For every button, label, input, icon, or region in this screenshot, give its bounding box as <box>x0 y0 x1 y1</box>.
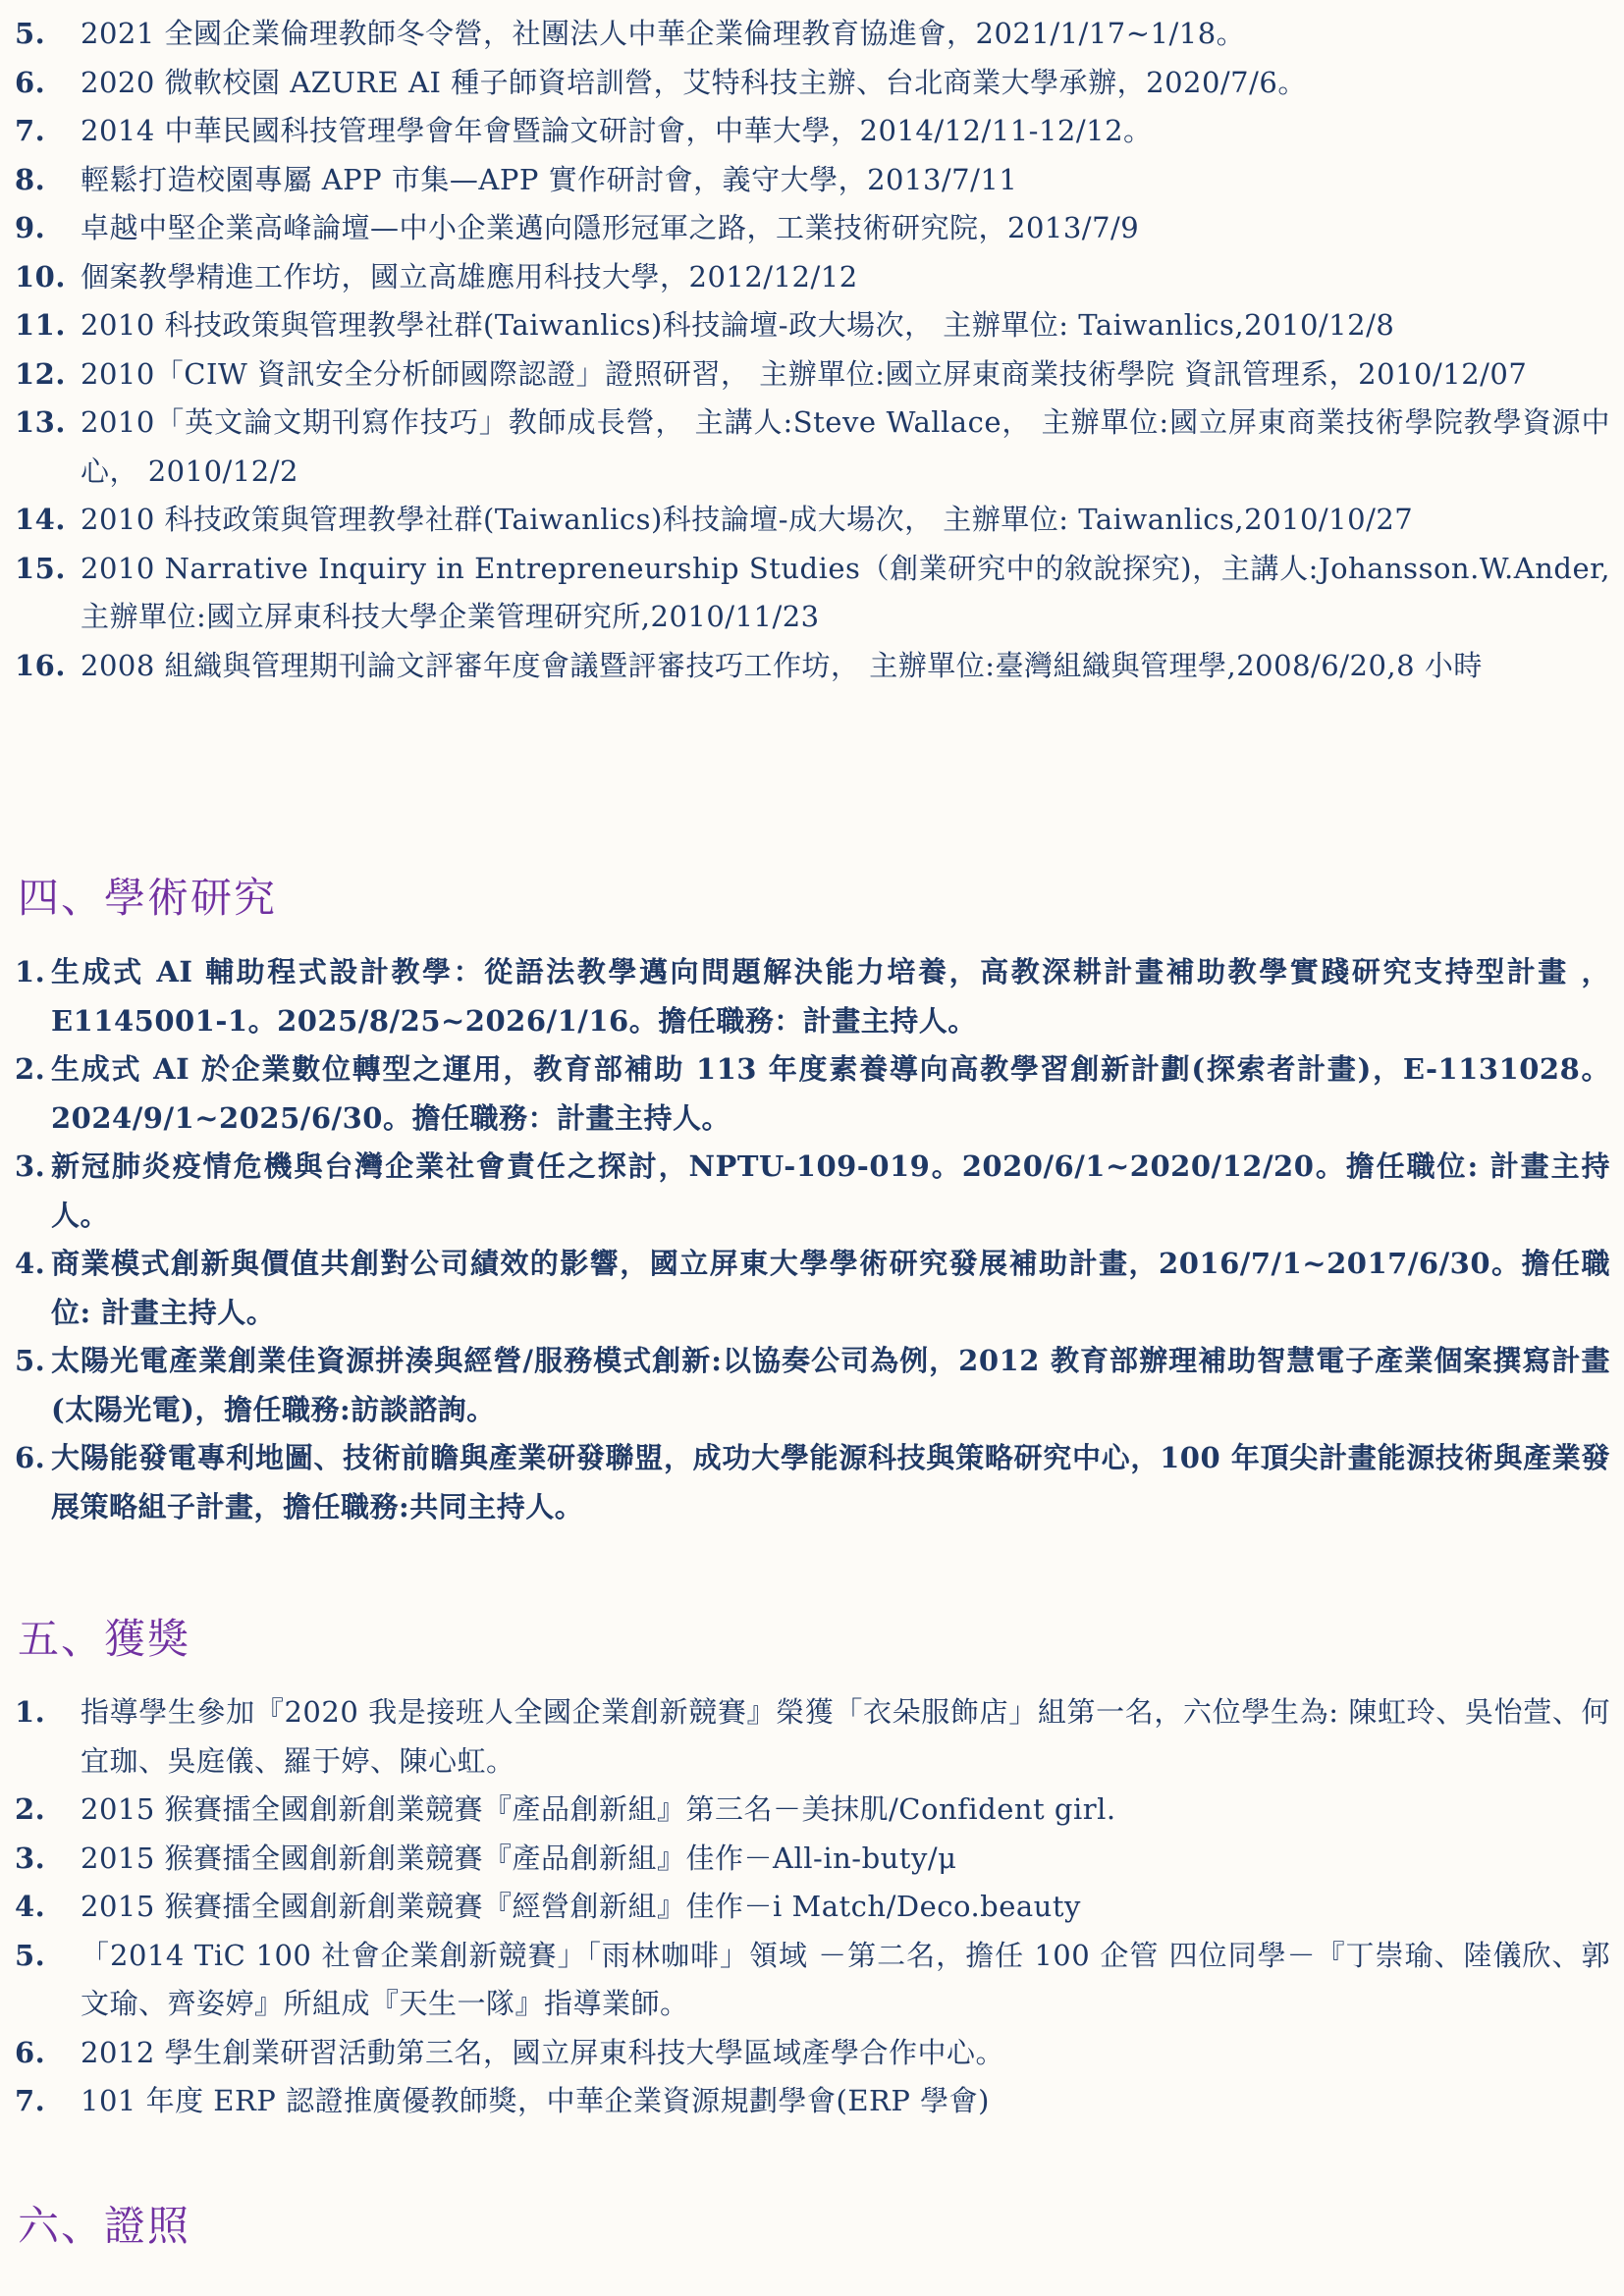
item-text: 2010 科技政策與管理教學社群(Taiwanlics)科技論壇-政大場次， 主… <box>81 301 1610 350</box>
list-item: 5. 2021 全國企業倫理教師冬令營，社團法人中華企業倫理教育協進會，2021… <box>0 10 1610 59</box>
item-number: 14. <box>15 496 66 545</box>
list-item: 1. 生成式 AI 輔助程式設計教學：從語法教學邁向問題解決能力培養，高教深耕計… <box>0 948 1610 1045</box>
list-item: 10. 個案教學精進工作坊，國立高雄應用科技大學，2012/12/12 <box>0 253 1610 302</box>
list-item: 5. 太陽光電產業創業佳資源拼湊與經營/服務模式創新:以協奏公司為例，2012 … <box>0 1337 1610 1434</box>
list-item: 16. 2008 組織與管理期刊論文評審年度會議暨評審技巧工作坊， 主辦單位:臺… <box>0 642 1610 691</box>
list-item: 6. 大陽能發電專利地圖、技術前瞻與產業研發聯盟，成功大學能源科技與策略研究中心… <box>0 1434 1610 1531</box>
item-text: 太陽光電產業創業佳資源拼湊與經營/服務模式創新:以協奏公司為例，2012 教育部… <box>51 1337 1610 1434</box>
item-number: 3. <box>15 1143 45 1192</box>
research-list: 1. 生成式 AI 輔助程式設計教學：從語法教學邁向問題解決能力培養，高教深耕計… <box>0 948 1610 1531</box>
list-item: 7. 2014 中華民國科技管理學會年會暨論文研討會，中華大學，2014/12/… <box>0 107 1610 156</box>
section-heading-research: 四、學術研究 <box>18 869 277 928</box>
item-text: 商業模式創新與價值共創對公司績效的影響，國立屏東大學學術研究發展補助計畫，201… <box>51 1240 1610 1337</box>
item-number: 2. <box>15 1786 45 1835</box>
item-text: 指導學生參加『2020 我是接班人全國企業創新競賽』榮獲「衣朵服飾店」組第一名，… <box>81 1688 1610 1786</box>
item-text: 2010 Narrative Inquiry in Entrepreneursh… <box>81 545 1610 642</box>
training-list: 5. 2021 全國企業倫理教師冬令營，社團法人中華企業倫理教育協進會，2021… <box>0 10 1610 690</box>
item-text: 2010 科技政策與管理教學社群(Taiwanlics)科技論壇-成大場次， 主… <box>81 496 1610 545</box>
item-number: 5. <box>15 1932 45 1981</box>
item-text: 個案教學精進工作坊，國立高雄應用科技大學，2012/12/12 <box>81 253 1610 302</box>
section-heading-awards: 五、獲獎 <box>18 1610 190 1669</box>
list-item: 4. 2015 猴賽擂全國創新創業競賽『經營創新組』佳作－i Match/Dec… <box>0 1883 1610 1932</box>
item-number: 2. <box>15 1045 45 1095</box>
item-text: 2014 中華民國科技管理學會年會暨論文研討會，中華大學，2014/12/11-… <box>81 107 1610 156</box>
item-number: 4. <box>15 1883 45 1932</box>
list-item: 7. 101 年度 ERP 認證推廣優教師獎，中華企業資源規劃學會(ERP 學會… <box>0 2077 1610 2126</box>
item-number: 11. <box>15 301 66 350</box>
list-item: 2. 2015 猴賽擂全國創新創業競賽『產品創新組』第三名－美抹肌/Confid… <box>0 1786 1610 1835</box>
list-item: 12. 2010「CIW 資訊安全分析師國際認證」證照研習， 主辦單位:國立屏東… <box>0 350 1610 400</box>
item-number: 7. <box>15 2077 45 2126</box>
item-text: 卓越中堅企業高峰論壇—中小企業邁向隱形冠軍之路，工業技術研究院，2013/7/9 <box>81 204 1610 253</box>
item-number: 3. <box>15 1835 45 1884</box>
list-item: 6. 2020 微軟校園 AZURE AI 種子師資培訓營，艾特科技主辦、台北商… <box>0 59 1610 108</box>
item-text: 2015 猴賽擂全國創新創業競賽『產品創新組』佳作－All-in-buty/μ <box>81 1835 1610 1884</box>
item-text: 2015 猴賽擂全國創新創業競賽『產品創新組』第三名－美抹肌/Confident… <box>81 1786 1610 1835</box>
list-item: 9. 卓越中堅企業高峰論壇—中小企業邁向隱形冠軍之路，工業技術研究院，2013/… <box>0 204 1610 253</box>
item-number: 8. <box>15 156 45 205</box>
list-item: 3. 新冠肺炎疫情危機與台灣企業社會責任之探討，NPTU-109-019。202… <box>0 1143 1610 1240</box>
list-item: 5. 「2014 TiC 100 社會企業創新競賽」「雨林咖啡」領域 －第二名，… <box>0 1932 1610 2029</box>
list-item: 2. 生成式 AI 於企業數位轉型之運用，教育部補助 113 年度素養導向高教學… <box>0 1045 1610 1143</box>
item-number: 13. <box>15 399 66 448</box>
item-text: 生成式 AI 於企業數位轉型之運用，教育部補助 113 年度素養導向高教學習創新… <box>51 1045 1610 1143</box>
list-item: 11. 2010 科技政策與管理教學社群(Taiwanlics)科技論壇-政大場… <box>0 301 1610 350</box>
section-heading-certificates: 六、證照 <box>18 2197 190 2256</box>
item-text: 2010「英文論文期刊寫作技巧」教師成長營， 主講人:Steve Wallace… <box>81 399 1610 496</box>
item-number: 16. <box>15 642 66 691</box>
list-item: 15. 2010 Narrative Inquiry in Entreprene… <box>0 545 1610 642</box>
item-text: 新冠肺炎疫情危機與台灣企業社會責任之探討，NPTU-109-019。2020/6… <box>51 1143 1610 1240</box>
item-text: 101 年度 ERP 認證推廣優教師獎，中華企業資源規劃學會(ERP 學會) <box>81 2077 1610 2126</box>
list-item: 14. 2010 科技政策與管理教學社群(Taiwanlics)科技論壇-成大場… <box>0 496 1610 545</box>
item-number: 5. <box>15 1337 45 1386</box>
item-number: 6. <box>15 1434 45 1483</box>
item-text: 2020 微軟校園 AZURE AI 種子師資培訓營，艾特科技主辦、台北商業大學… <box>81 59 1610 108</box>
awards-list: 1. 指導學生參加『2020 我是接班人全國企業創新競賽』榮獲「衣朵服飾店」組第… <box>0 1688 1610 2126</box>
list-item: 8. 輕鬆打造校園專屬 APP 市集—APP 實作研討會，義守大學，2013/7… <box>0 156 1610 205</box>
item-text: 生成式 AI 輔助程式設計教學：從語法教學邁向問題解決能力培養，高教深耕計畫補助… <box>51 948 1610 1045</box>
item-number: 6. <box>15 2029 45 2078</box>
item-text: 2015 猴賽擂全國創新創業競賽『經營創新組』佳作－i Match/Deco.b… <box>81 1883 1610 1932</box>
item-number: 1. <box>15 948 45 997</box>
item-text: 2012 學生創業研習活動第三名，國立屏東科技大學區域產學合作中心。 <box>81 2029 1610 2078</box>
item-number: 1. <box>15 1688 45 1737</box>
list-item: 3. 2015 猴賽擂全國創新創業競賽『產品創新組』佳作－All-in-buty… <box>0 1835 1610 1884</box>
item-text: 2008 組織與管理期刊論文評審年度會議暨評審技巧工作坊， 主辦單位:臺灣組織與… <box>81 642 1610 691</box>
list-item: 13. 2010「英文論文期刊寫作技巧」教師成長營， 主講人:Steve Wal… <box>0 399 1610 496</box>
item-number: 12. <box>15 350 66 400</box>
item-text: 「2014 TiC 100 社會企業創新競賽」「雨林咖啡」領域 －第二名，擔任 … <box>81 1932 1610 2029</box>
item-number: 9. <box>15 204 45 253</box>
list-item: 4. 商業模式創新與價值共創對公司績效的影響，國立屏東大學學術研究發展補助計畫，… <box>0 1240 1610 1337</box>
list-item: 1. 指導學生參加『2020 我是接班人全國企業創新競賽』榮獲「衣朵服飾店」組第… <box>0 1688 1610 1786</box>
item-text: 2021 全國企業倫理教師冬令營，社團法人中華企業倫理教育協進會，2021/1/… <box>81 10 1610 59</box>
item-number: 10. <box>15 253 66 302</box>
item-text: 2010「CIW 資訊安全分析師國際認證」證照研習， 主辦單位:國立屏東商業技術… <box>81 350 1610 400</box>
item-number: 15. <box>15 545 66 594</box>
list-item: 6. 2012 學生創業研習活動第三名，國立屏東科技大學區域產學合作中心。 <box>0 2029 1610 2078</box>
item-text: 輕鬆打造校園專屬 APP 市集—APP 實作研討會，義守大學，2013/7/11 <box>81 156 1610 205</box>
item-number: 7. <box>15 107 45 156</box>
item-text: 大陽能發電專利地圖、技術前瞻與產業研發聯盟，成功大學能源科技與策略研究中心，10… <box>51 1434 1610 1531</box>
item-number: 5. <box>15 10 45 59</box>
item-number: 6. <box>15 59 45 108</box>
document-page: 5. 2021 全國企業倫理教師冬令營，社團法人中華企業倫理教育協進會，2021… <box>0 0 1624 2296</box>
item-number: 4. <box>15 1240 45 1289</box>
